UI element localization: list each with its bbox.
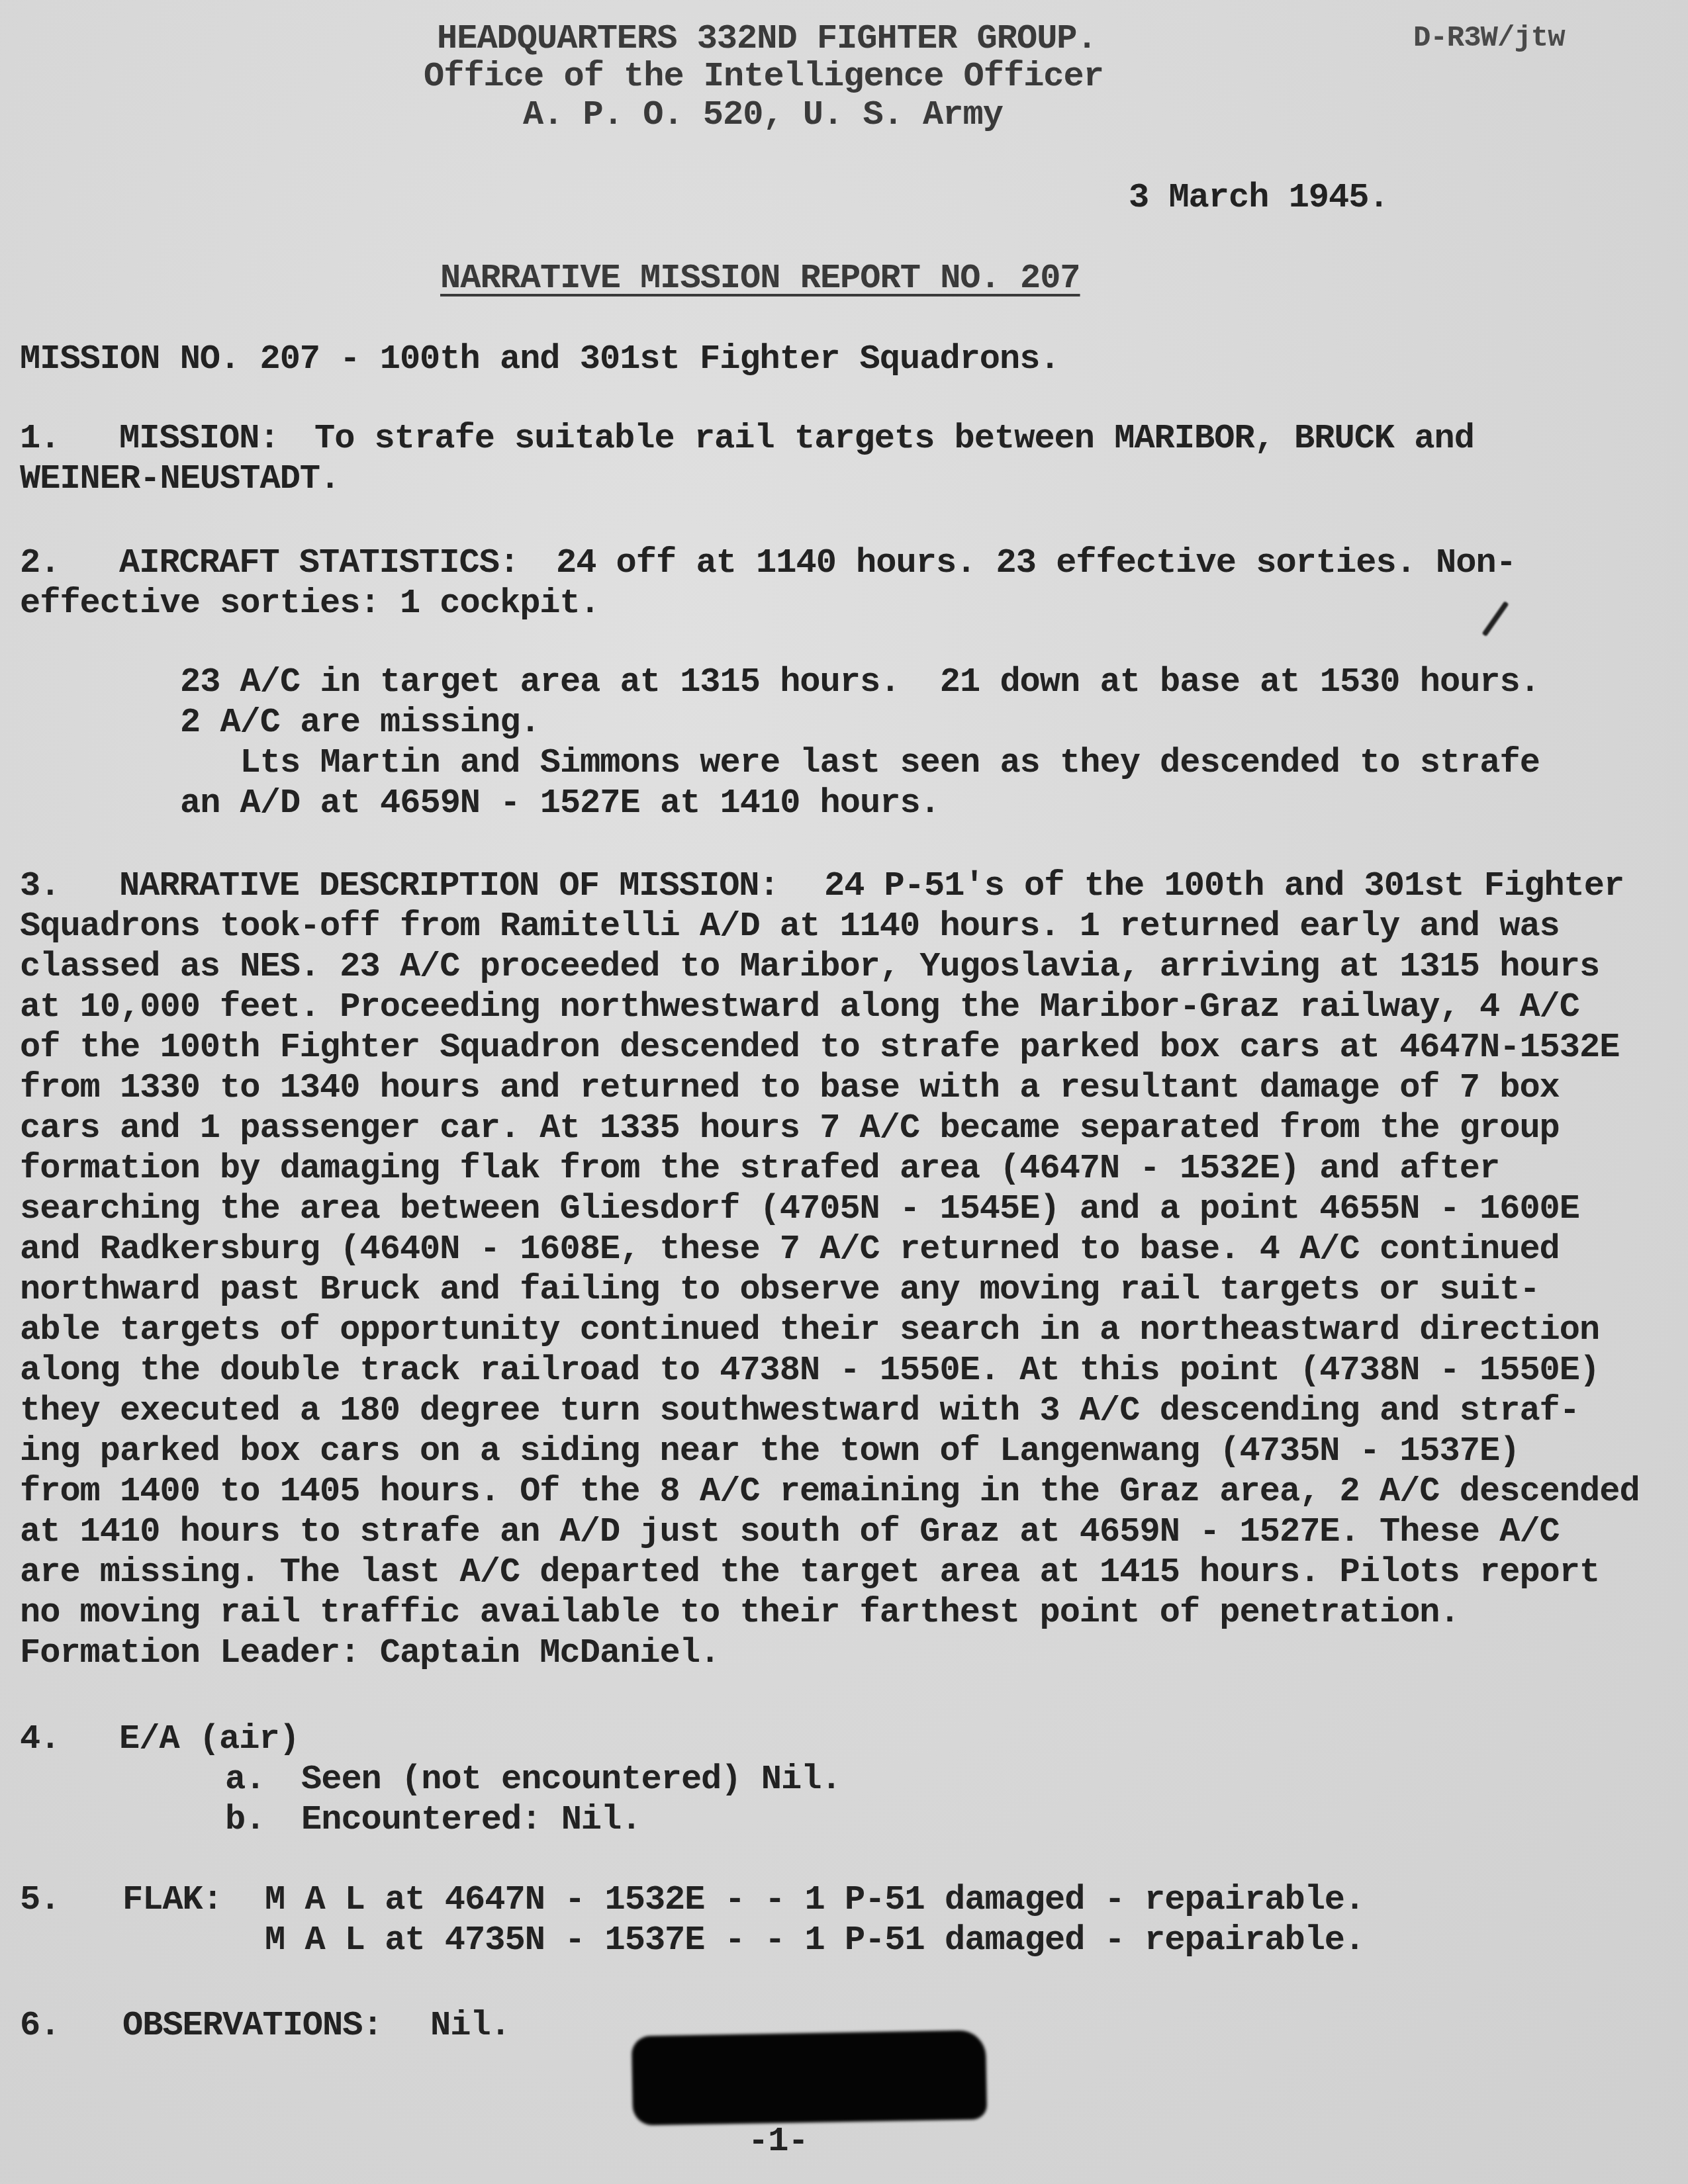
section-3-line: Squadrons took-off from Ramitelli A/D at… bbox=[20, 906, 1560, 946]
org-header-line3: A. P. O. 520, U. S. Army bbox=[523, 95, 1003, 135]
section-4-label: E/A (air) bbox=[119, 1719, 299, 1759]
section-2-label: AIRCRAFT STATISTICS: bbox=[119, 543, 519, 583]
section-1-number: 1. bbox=[20, 418, 60, 459]
section-6-label: OBSERVATIONS: bbox=[122, 2005, 383, 2046]
section-3-line: ing parked box cars on a siding near the… bbox=[20, 1431, 1519, 1471]
section-5-label: FLAK: bbox=[122, 1880, 222, 1920]
flak-line: M A L at 4735N - 1537E - - 1 P-51 damage… bbox=[265, 1920, 1364, 1960]
section-3-line: of the 100th Fighter Squadron descended … bbox=[20, 1027, 1619, 1068]
section-6-text: Nil. bbox=[430, 2005, 510, 2046]
section-3-number: 3. bbox=[20, 866, 60, 906]
section-1-label: MISSION: bbox=[119, 418, 279, 459]
section-3-label: NARRATIVE DESCRIPTION OF MISSION: bbox=[119, 866, 779, 906]
section-3-line: formation by damaging flak from the stra… bbox=[20, 1148, 1499, 1189]
section-3-line: able targets of opportunity continued th… bbox=[20, 1310, 1599, 1350]
section-2-sub-line: 23 A/C in target area at 1315 hours. 21 … bbox=[180, 662, 1540, 702]
section-4-item-text: Encountered: Nil. bbox=[301, 1799, 641, 1840]
section-2-sub-line: 2 A/C are missing. bbox=[180, 702, 540, 743]
section-2-number: 2. bbox=[20, 543, 60, 583]
section-4-item-letter: b. bbox=[225, 1799, 265, 1840]
file-reference: D-R3W/jtw bbox=[1413, 19, 1565, 59]
section-3-line: 24 P-51's of the 100th and 301st Fighter bbox=[824, 866, 1624, 906]
org-header-line1: HEADQUARTERS 332ND FIGHTER GROUP. bbox=[437, 19, 1097, 59]
section-3-line: no moving rail traffic available to thei… bbox=[20, 1592, 1460, 1633]
section-4-item-letter: a. bbox=[225, 1759, 265, 1799]
section-3-line: northward past Bruck and failing to obse… bbox=[20, 1269, 1540, 1310]
pen-check-mark bbox=[1482, 601, 1509, 637]
redaction-block bbox=[632, 2030, 987, 2125]
section-6-number: 6. bbox=[20, 2005, 60, 2046]
section-2-sub-line: Lts Martin and Simmons were last seen as… bbox=[180, 743, 1540, 783]
section-3-line: they executed a 180 degree turn southwes… bbox=[20, 1390, 1579, 1431]
section-3-line: along the double track railroad to 4738N… bbox=[20, 1350, 1599, 1390]
section-3-line: from 1330 to 1340 hours and returned to … bbox=[20, 1068, 1560, 1108]
section-3-line: and Radkersburg (4640N - 1608E, these 7 … bbox=[20, 1229, 1560, 1269]
section-2-line: 24 off at 1140 hours. 23 effective sorti… bbox=[556, 543, 1516, 583]
section-2-line: effective sorties: 1 cockpit. bbox=[20, 583, 600, 623]
report-title: NARRATIVE MISSION REPORT NO. 207 bbox=[440, 258, 1080, 298]
section-3-line: are missing. The last A/C departed the t… bbox=[20, 1552, 1599, 1592]
section-3-line: at 1410 hours to strafe an A/D just sout… bbox=[20, 1512, 1560, 1552]
section-2-sub-line: an A/D at 4659N - 1527E at 1410 hours. bbox=[180, 783, 940, 823]
section-3-line: at 10,000 feet. Proceeding northwestward… bbox=[20, 987, 1579, 1027]
section-5-number: 5. bbox=[20, 1880, 60, 1920]
section-3-line: Formation Leader: Captain McDaniel. bbox=[20, 1633, 720, 1673]
section-3-line: from 1400 to 1405 hours. Of the 8 A/C re… bbox=[20, 1471, 1640, 1512]
section-4-number: 4. bbox=[20, 1719, 60, 1759]
section-1-line: WEINER-NEUSTADT. bbox=[20, 459, 340, 499]
section-3-line: cars and 1 passenger car. At 1335 hours … bbox=[20, 1108, 1560, 1148]
org-header-line2: Office of the Intelligence Officer bbox=[424, 56, 1103, 97]
mission-line: MISSION NO. 207 - 100th and 301st Fighte… bbox=[20, 339, 1060, 379]
page-number: -1- bbox=[748, 2121, 808, 2161]
section-4-item-text: Seen (not encountered) Nil. bbox=[301, 1759, 841, 1799]
flak-line: M A L at 4647N - 1532E - - 1 P-51 damage… bbox=[265, 1880, 1364, 1920]
section-3-line: classed as NES. 23 A/C proceeded to Mari… bbox=[20, 946, 1599, 987]
report-date: 3 March 1945. bbox=[1129, 177, 1389, 218]
section-3-line: searching the area between Gliesdorf (47… bbox=[20, 1189, 1579, 1229]
section-1-line: To strafe suitable rail targets between … bbox=[314, 418, 1474, 459]
